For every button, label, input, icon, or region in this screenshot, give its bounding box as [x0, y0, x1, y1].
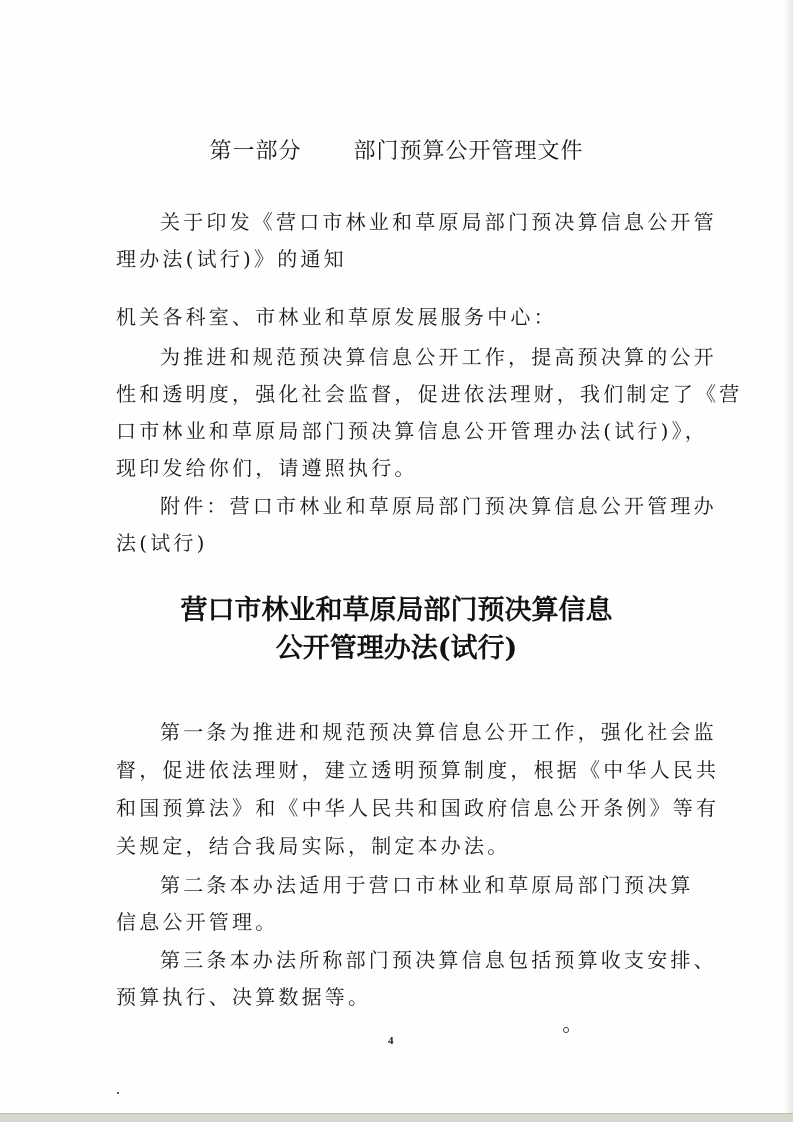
part-label: 第一部分: [209, 139, 301, 164]
article-2-line-2: 信息公开管理。: [116, 910, 676, 934]
scan-speck: [117, 1092, 119, 1094]
article-1-line-4: 关规定，结合我局实际，制定本办法。: [116, 834, 676, 858]
article-2-line-1: 第二条本办法适用于营口市林业和草原局部门预决算: [160, 873, 720, 897]
scan-bottom-edge: [0, 1113, 793, 1122]
document-page: 第一部分部门预算公开管理文件 关于印发《营口市林业和草原局部门预决算信息公开管 …: [0, 0, 793, 1122]
article-3-line-1: 第三条本办法所称部门预决算信息包括预算收支安排、: [160, 948, 720, 972]
article-1-line-2: 督，促进依法理财，建立透明预算制度，根据《中华人民共: [116, 758, 676, 782]
attachment-line-2: 法(试行): [116, 531, 676, 555]
part-heading: 第一部分部门预算公开管理文件: [0, 138, 793, 166]
article-1-line-1: 第一条为推进和规范预决算信息公开工作，强化社会监: [160, 720, 720, 744]
part-title: 部门预算公开管理文件: [354, 139, 584, 164]
page-number: 4: [388, 1035, 394, 1047]
article-3-line-2: 预算执行、决算数据等。: [116, 985, 676, 1009]
regulation-title-line-2: 公开管理办法(试行): [0, 632, 793, 666]
article-1-line-3: 和国预算法》和《中华人民共和国政府信息公开条例》等有: [116, 796, 676, 820]
regulation-title-line-1: 营口市林业和草原局部门预决算信息: [0, 594, 793, 628]
notice-title-line-2: 理办法(试行)》的通知: [116, 247, 676, 271]
notice-recipients: 机关各科室、市林业和草原发展服务中心：: [116, 305, 676, 329]
notice-body-line-4: 现印发给你们，请遵照执行。: [116, 456, 676, 480]
notice-body-line-1: 为推进和规范预决算信息公开工作，提高预决算的公开: [160, 345, 720, 369]
notice-body-line-3: 口市林业和草原局部门预决算信息公开管理办法(试行)》，: [116, 419, 676, 443]
attachment-line-1: 附件：营口市林业和草原局部门预决算信息公开管理办: [160, 494, 720, 518]
notice-body-line-2: 性和透明度，强化社会监督，促进依法理财，我们制定了《营: [116, 382, 676, 406]
scan-right-edge: [785, 0, 793, 1113]
scan-speck: [563, 1027, 569, 1033]
notice-title-line-1: 关于印发《营口市林业和草原局部门预决算信息公开管: [160, 210, 720, 234]
